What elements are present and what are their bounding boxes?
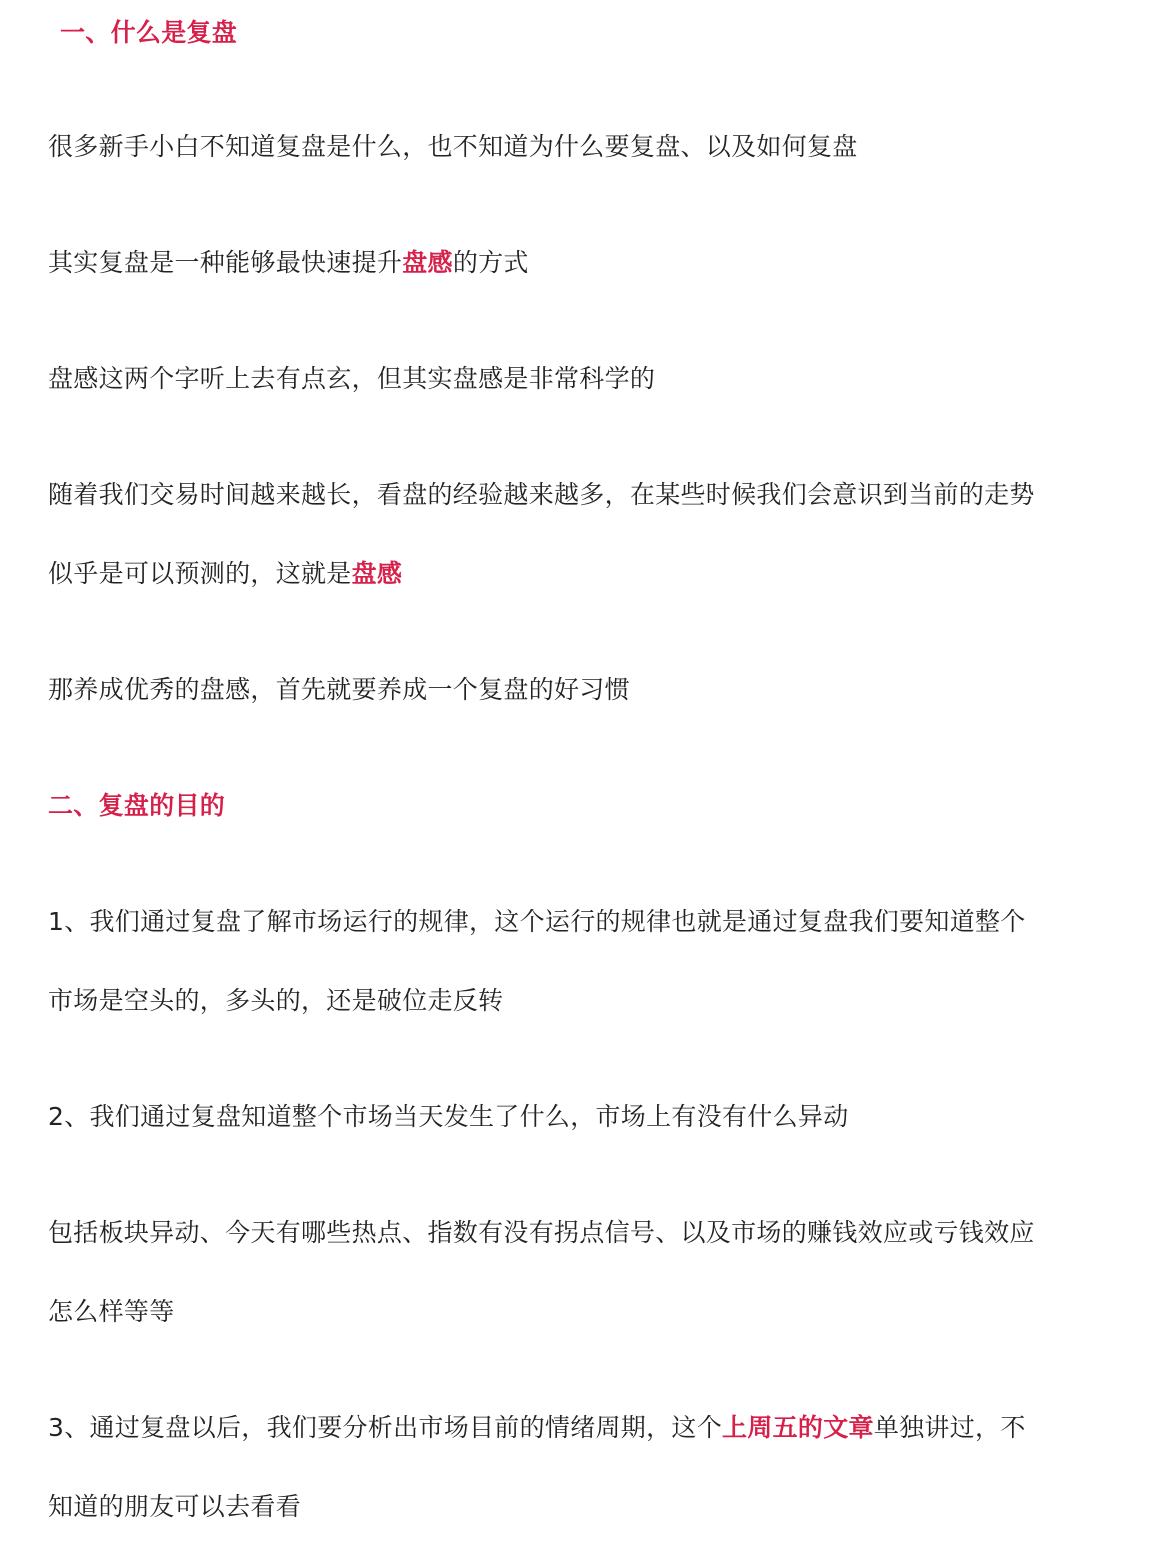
list-item-line: 3、通过复盘以后，我们要分析出市场目前的情绪周期，这个上周五的文章单独讲过，不 [48, 1411, 1026, 1445]
paragraph-line: 怎么样等等 [48, 1295, 175, 1329]
list-item-line: 2、我们通过复盘知道整个市场当天发生了什么，市场上有没有什么异动 [48, 1100, 849, 1134]
paragraph: 那养成优秀的盘感，首先就要养成一个复盘的好习惯 [48, 673, 630, 707]
highlight-term: 盘感 [352, 559, 403, 588]
highlight-term: 盘感 [402, 248, 453, 277]
section-1-heading: 一、什么是复盘 [60, 16, 237, 50]
text: 3、通过复盘以后，我们要分析出市场目前的情绪周期，这个 [48, 1413, 722, 1442]
article-link-reference[interactable]: 上周五的文章 [722, 1413, 874, 1442]
text: 似乎是可以预测的，这就是 [48, 559, 352, 588]
paragraph: 很多新手小白不知道复盘是什么，也不知道为什么要复盘、以及如何复盘 [48, 130, 858, 164]
paragraph-line: 随着我们交易时间越来越长，看盘的经验越来越多，在某些时候我们会意识到当前的走势 [48, 478, 1035, 512]
section-2-heading: 二、复盘的目的 [48, 789, 225, 823]
paragraph: 其实复盘是一种能够最快速提升盘感的方式 [48, 246, 529, 280]
paragraph-line: 包括板块异动、今天有哪些热点、指数有没有拐点信号、以及市场的赚钱效应或亏钱效应 [48, 1216, 1035, 1250]
text: 单独讲过，不 [874, 1413, 1026, 1442]
paragraph: 盘感这两个字听上去有点玄，但其实盘感是非常科学的 [48, 362, 655, 396]
text: 其实复盘是一种能够最快速提升 [48, 248, 402, 277]
list-item-line: 市场是空头的，多头的，还是破位走反转 [48, 984, 503, 1018]
list-item-line: 1、我们通过复盘了解市场运行的规律，这个运行的规律也就是通过复盘我们要知道整个 [48, 905, 1026, 939]
paragraph-line: 似乎是可以预测的，这就是盘感 [48, 557, 402, 591]
text: 的方式 [453, 248, 529, 277]
list-item-line: 知道的朋友可以去看看 [48, 1490, 301, 1524]
